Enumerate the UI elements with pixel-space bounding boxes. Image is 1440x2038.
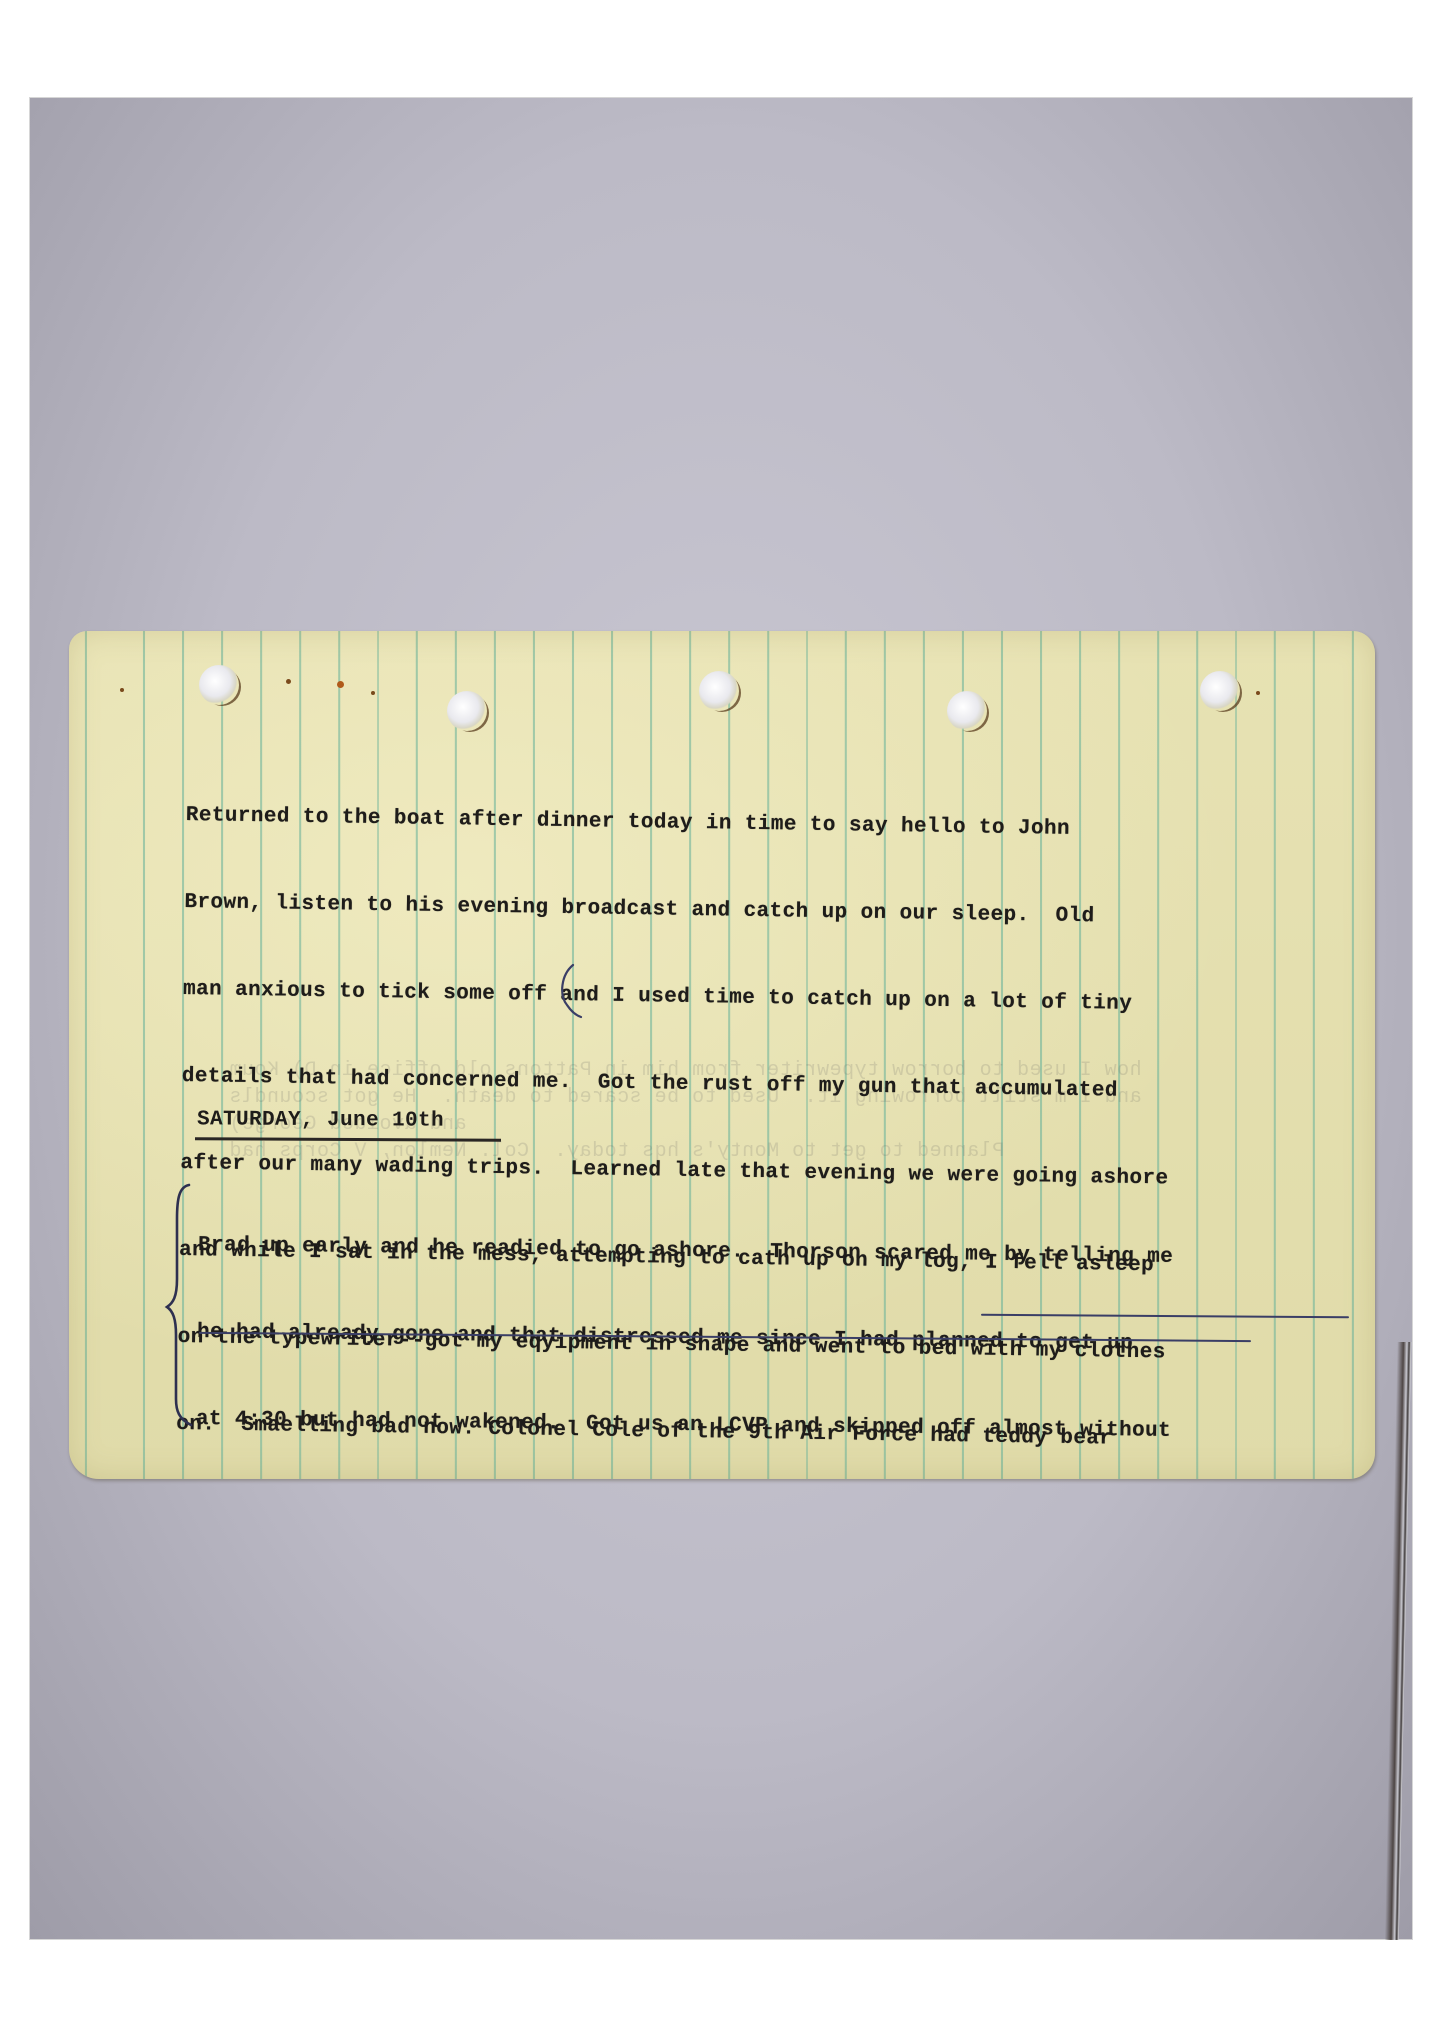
- underlying-pages-edge: [1385, 1342, 1412, 1940]
- ink-margin-bracket: [161, 1179, 195, 1429]
- photo-background: how I used to borrow typewriter from him…: [29, 97, 1413, 1940]
- text-line: Brad up early and he readied to go ashor…: [198, 1231, 1173, 1272]
- ink-paren-mark: [555, 961, 585, 1021]
- rust-stain: [1256, 691, 1260, 695]
- section-heading-date: SATURDAY, June 10th: [197, 1108, 444, 1132]
- text-line: man anxious to tick some off and I used …: [183, 975, 1171, 1020]
- punch-hole: [1200, 671, 1240, 711]
- text-line: Returned to the boat after dinner today …: [186, 801, 1174, 846]
- text-line: Brown, listen to his evening broadcast a…: [184, 888, 1172, 933]
- rust-stain: [371, 691, 375, 695]
- text-line: details that had concerned me. Got the r…: [182, 1062, 1170, 1107]
- rust-stain: [337, 681, 344, 688]
- text-line: at 4:30 but had not wakened. Got us an L…: [196, 1405, 1171, 1446]
- punch-hole: [947, 691, 987, 731]
- punch-hole: [199, 665, 239, 705]
- punch-hole: [447, 691, 487, 731]
- index-card: how I used to borrow typewriter from him…: [69, 631, 1375, 1479]
- diary-entry-2: Brad up early and he readied to go ashor…: [189, 1173, 1174, 1479]
- punch-hole: [699, 671, 739, 711]
- rust-stain: [120, 688, 124, 692]
- rust-stain: [286, 679, 291, 684]
